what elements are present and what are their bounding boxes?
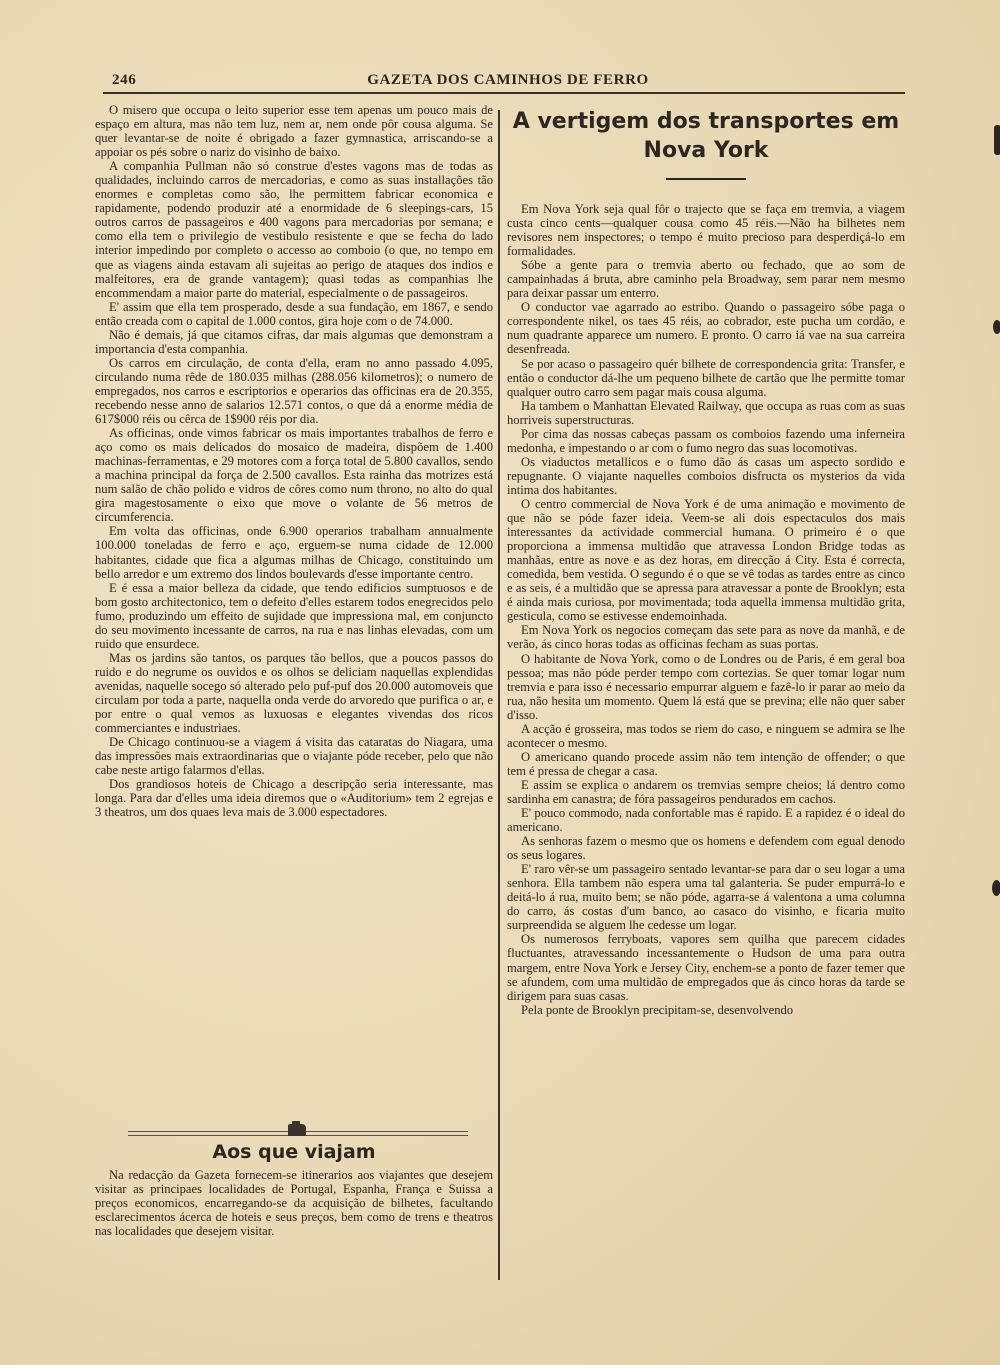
binding-mark xyxy=(994,125,1000,155)
paragraph: De Chicago continuou-se a viagem á visit… xyxy=(95,735,493,777)
paragraph: Ha tambem o Manhattan Elevated Railway, … xyxy=(507,399,905,427)
title-rule xyxy=(666,178,746,180)
paragraph: Os viaductos metallicos e o fumo dão ás … xyxy=(507,455,905,497)
paragraph: O misero que occupa o leito superior ess… xyxy=(95,103,493,159)
column-divider xyxy=(498,110,500,1280)
paragraph: E' pouco commodo, nada confortable mas é… xyxy=(507,806,905,834)
locomotive-ornament-icon xyxy=(288,1124,306,1136)
binding-mark xyxy=(992,880,1000,896)
publication-title: GAZETA DOS CAMINHOS DE FERRO xyxy=(112,72,904,89)
paragraph: Em Nova York os negocios começam das set… xyxy=(507,623,905,651)
paragraph: O centro commercial de Nova York é de um… xyxy=(507,497,905,623)
paragraph: Mas os jardins são tantos, os parques tã… xyxy=(95,651,493,735)
paragraph: Sóbe a gente para o tremvia aberto ou fe… xyxy=(507,258,905,300)
paragraph: A companhia Pullman não só construe d'es… xyxy=(95,159,493,299)
paragraph: E assim se explica o andarem os tremvias… xyxy=(507,778,905,806)
running-header: 246 GAZETA DOS CAMINHOS DE FERRO xyxy=(112,70,904,92)
paragraph: E é essa a maior belleza da cidade, que … xyxy=(95,581,493,651)
paragraph: O conductor vae agarrado ao estribo. Qua… xyxy=(507,300,905,356)
paragraph: Não é demais, já que citamos cifras, dar… xyxy=(95,328,493,356)
paragraph: Na redacção da Gazeta fornecem-se itiner… xyxy=(95,1168,493,1238)
box-article-body: Na redacção da Gazeta fornecem-se itiner… xyxy=(95,1168,493,1238)
paragraph: Em volta das officinas, onde 6.900 opera… xyxy=(95,524,493,580)
newspaper-page: 246 GAZETA DOS CAMINHOS DE FERRO O miser… xyxy=(0,0,1000,1365)
paragraph: Dos grandiosos hoteis de Chicago a descr… xyxy=(95,777,493,819)
paragraph: Pela ponte de Brooklyn precipitam-se, de… xyxy=(507,1003,905,1017)
left-column: O misero que occupa o leito superior ess… xyxy=(95,103,493,819)
article-title-vertigem: A vertigem dos transportes em Nova York xyxy=(507,107,905,165)
paragraph: O americano quando procede assim não tem… xyxy=(507,750,905,778)
header-rule xyxy=(103,92,905,94)
right-column: Em Nova York seja qual fôr o trajecto qu… xyxy=(507,202,905,1017)
article-title-aos-que-viajam: Aos que viajam xyxy=(95,1140,493,1164)
paragraph: Os numerosos ferryboats, vapores sem qui… xyxy=(507,932,905,1002)
paragraph: E' assim que ella tem prosperado, desde … xyxy=(95,300,493,328)
paragraph: Em Nova York seja qual fôr o trajecto qu… xyxy=(507,202,905,258)
paragraph: Se por acaso o passageiro quér bilhete d… xyxy=(507,357,905,399)
binding-mark xyxy=(993,320,1000,334)
paragraph: Os carros em circulação, de conta d'ella… xyxy=(95,356,493,426)
paragraph: O habitante de Nova York, como o de Lond… xyxy=(507,652,905,722)
paragraph: As officinas, onde vimos fabricar os mai… xyxy=(95,426,493,524)
paragraph: As senhoras fazem o mesmo que os homens … xyxy=(507,834,905,862)
paragraph: A acção é grosseira, mas todos se riem d… xyxy=(507,722,905,750)
paragraph: E' raro vêr-se um passageiro sentado lev… xyxy=(507,862,905,932)
paragraph: Por cima das nossas cabeças passam os co… xyxy=(507,427,905,455)
